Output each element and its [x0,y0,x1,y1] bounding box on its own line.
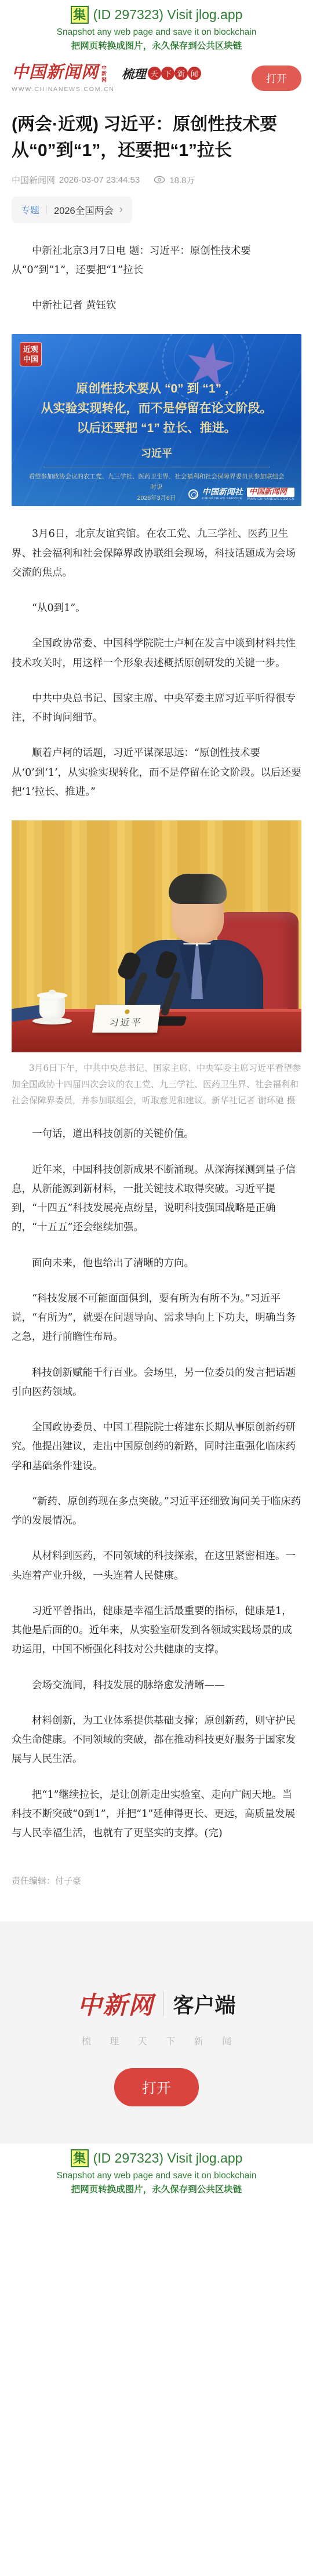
emblem-dot [125,1009,130,1014]
open-app-button[interactable]: 打开 [252,66,301,91]
quote-divider [43,467,270,467]
editor-line: 责任编辑：付子豪 [12,1874,301,1887]
person-hair [169,874,227,904]
ad-subtitle-en: Snapshot any web page and save it on blo… [0,27,313,38]
article-paragraph: 科技创新赋能千行百业。会场里，另一位委员的发言把话题引向医药领域。 [12,1364,301,1403]
site-logo-text: 中国新闻网 [12,64,99,81]
article-paragraph: 中共中央总书记、国家主席、中央军委主席习近平听得很专注，不时询问细节。 [12,689,301,728]
agency-chinanews-sub: WWW.CHINANEWS.COM.CN [247,498,294,502]
quote-speaker: 习近平 [12,445,301,460]
site-logo[interactable]: 中国新闻网 中新网 WWW.CHINANEWS.COM.CN [12,64,115,93]
article-paragraph: 材料创新，为工业体系提供基础支撑；原创新药，则守护民众生命健康。不同领域的突破，… [12,1712,301,1770]
article-paragraph: 近年来，中国科技创新成果不断涌现。从深海探测到量子信息，从新能源到新材料，一批关… [12,1161,301,1238]
quote-card-image: 近观 中国 原创性技术要从 “0” 到 “1” ， 从实验实现转化，而不是停留在… [12,334,301,506]
name-plate: 习近平 [92,1005,161,1033]
quote-line: 以后还要把 “1” 拉长、推进。 [12,419,301,438]
agency-chinanews: 中国新闻网 [247,488,294,497]
ad-link-text[interactable]: (ID 297323) Visit jlog.app [93,7,243,23]
ad-banner-top: 集 (ID 297323) Visit jlog.app Snapshot an… [0,0,313,57]
slogan-calligraphy: 梳理 [122,65,146,82]
article-paragraph: 从材料到医药，不同领域的科技探索，在这里紧密相连。一头连着产业升级，一头连着人民… [12,1547,301,1586]
article-paragraph: “科技发展不可能面面俱到，要有所为有所不为。”习近平说，“有所为”，就要在问题导… [12,1289,301,1347]
slogan-seal-1: 天 [148,67,161,80]
ji-badge-icon: 集 [71,2149,89,2167]
ad-subtitle-zh: 把网页转换成图片，永久保存到公共区块链 [0,2182,313,2195]
topic-name: 2026全国两会 [54,203,114,217]
eye-icon [154,176,165,184]
slogan-seal-4: 闻 [188,67,201,80]
site-slogan: 梳理 天 下 新 闻 [122,65,201,82]
slogan-seal-3: 新 [174,67,188,80]
photo-caption: 3月6日下午，中共中央总书记、国家主席、中央军委主席习近平看望参加全国政协十四届… [12,1060,301,1109]
footer-client-label: 客户端 [173,1989,236,2019]
app-footer: 中新网 客户端 梳 理 天 下 新 闻 打开 [0,1921,313,2143]
footer-logo: 中新网 [77,1986,154,2021]
topic-label: 专题 [21,203,39,216]
article-paragraph: “从0到1”。 [12,599,301,618]
article-paragraph: 中新社记者 黄钰钦 [12,296,301,315]
quote-line: 原创性技术要从 “0” 到 “1” ， [12,379,301,399]
article: (两会·近观) 习近平：原创性技术要从“0”到“1”，还要把“1”拉长 中国新闻… [0,111,313,1887]
agency-cns: 中国新闻社 [202,488,243,496]
article-paragraph: 会场交流间，科技发展的脉络愈发清晰—— [12,1676,301,1695]
article-paragraph: 全国政协常委、中国科学院院士卢柯在发言中谈到材料共性技术攻关时，用这样一个形象表… [12,634,301,673]
teacup-icon [39,997,65,1019]
topic-chip[interactable]: 专题 2026全国两会 › [12,197,132,223]
meta-source: 中国新闻网 [12,174,55,186]
ad-link[interactable]: 集 (ID 297323) Visit jlog.app [0,6,313,24]
article-paragraph: 全国政协委员、中国工程院院士蒋建东长期从事原创新药研究。他提出建议，走出中国原创… [12,1418,301,1476]
meta-datetime: 2026-03-07 23:44:53 [59,175,140,185]
quote-content: 原创性技术要从 “0” 到 “1” ， 从实验实现转化，而不是停留在论文阶段。 … [12,379,301,502]
footer-slogan: 梳 理 天 下 新 闻 [0,2034,313,2047]
article-paragraph: 一句话，道出科技创新的关键价值。 [12,1125,301,1144]
site-url: WWW.CHINANEWS.COM.CN [12,86,115,93]
jinguan-zhongguo-logo: 近观 中国 [20,342,42,366]
agency-cns-sub: CHINA NEWS SERVICE [202,497,243,501]
ad-subtitle-en: Snapshot any web page and save it on blo… [0,2171,313,2181]
footer-open-button[interactable]: 打开 [114,2068,199,2106]
article-paragraph: 中新社北京3月7日电 题：习近平：原创性技术要从“0”到“1”，还要把“1”拉长 [12,242,301,281]
chevron-right-icon: › [119,204,123,215]
footer-divider [163,1992,164,2016]
cns-emblem-icon [188,489,198,499]
ji-badge-icon: 集 [71,6,89,24]
ad-banner-bottom: 集 (ID 297323) Visit jlog.app Snapshot an… [0,2143,313,2200]
site-logo-vertical-tag: 中新网 [101,64,107,83]
ad-subtitle-zh: 把网页转换成图片，永久保存到公共区块链 [0,39,313,52]
topic-divider [46,205,47,214]
site-header: 中国新闻网 中新网 WWW.CHINANEWS.COM.CN 梳理 天 下 新 … [0,57,313,102]
article-photo: 习近平 [12,820,301,1052]
article-paragraph: 把“1”继续拉长，是让创新走出实验室、走向广阔天地。当科技不断突破“0到1”，并… [12,1786,301,1844]
page-title: (两会·近观) 习近平：原创性技术要从“0”到“1”，还要把“1”拉长 [12,111,301,164]
article-paragraph: 顺着卢柯的话题，习近平谋深思远：“原创性技术要从‘0’到‘1’，从实验实现转化，… [12,744,301,802]
article-paragraph: 面向未来，他也给出了清晰的方向。 [12,1254,301,1273]
article-meta: 中国新闻网 2026-03-07 23:44:53 18.8万 [12,174,301,186]
slogan-seal-2: 下 [161,67,174,80]
view-count: 18.8万 [169,174,195,186]
teacup-knob [49,990,56,994]
article-paragraph: 习近平曾指出，健康是幸福生活最重要的指标，健康是1，其他是后面的0。近年来，从实… [12,1602,301,1660]
quote-line: 从实验实现转化，而不是停留在论文阶段。 [12,399,301,419]
name-plate-text: 习近平 [108,1015,143,1029]
ad-link[interactable]: 集 (ID 297323) Visit jlog.app [0,2149,313,2167]
agency-logos: 中国新闻社 CHINA NEWS SERVICE 中国新闻网 WWW.CHINA… [188,488,294,502]
ad-link-text[interactable]: (ID 297323) Visit jlog.app [93,2150,243,2166]
article-paragraph: 3月6日，北京友谊宾馆。在农工党、九三学社、医药卫生界、社会福利和社会保障界政协… [12,525,301,583]
footer-logo-row: 中新网 客户端 [0,1986,313,2021]
article-paragraph: “新药、原创药现在多点突破。”习近平还细致询问关于临床药学的发展情况。 [12,1492,301,1531]
